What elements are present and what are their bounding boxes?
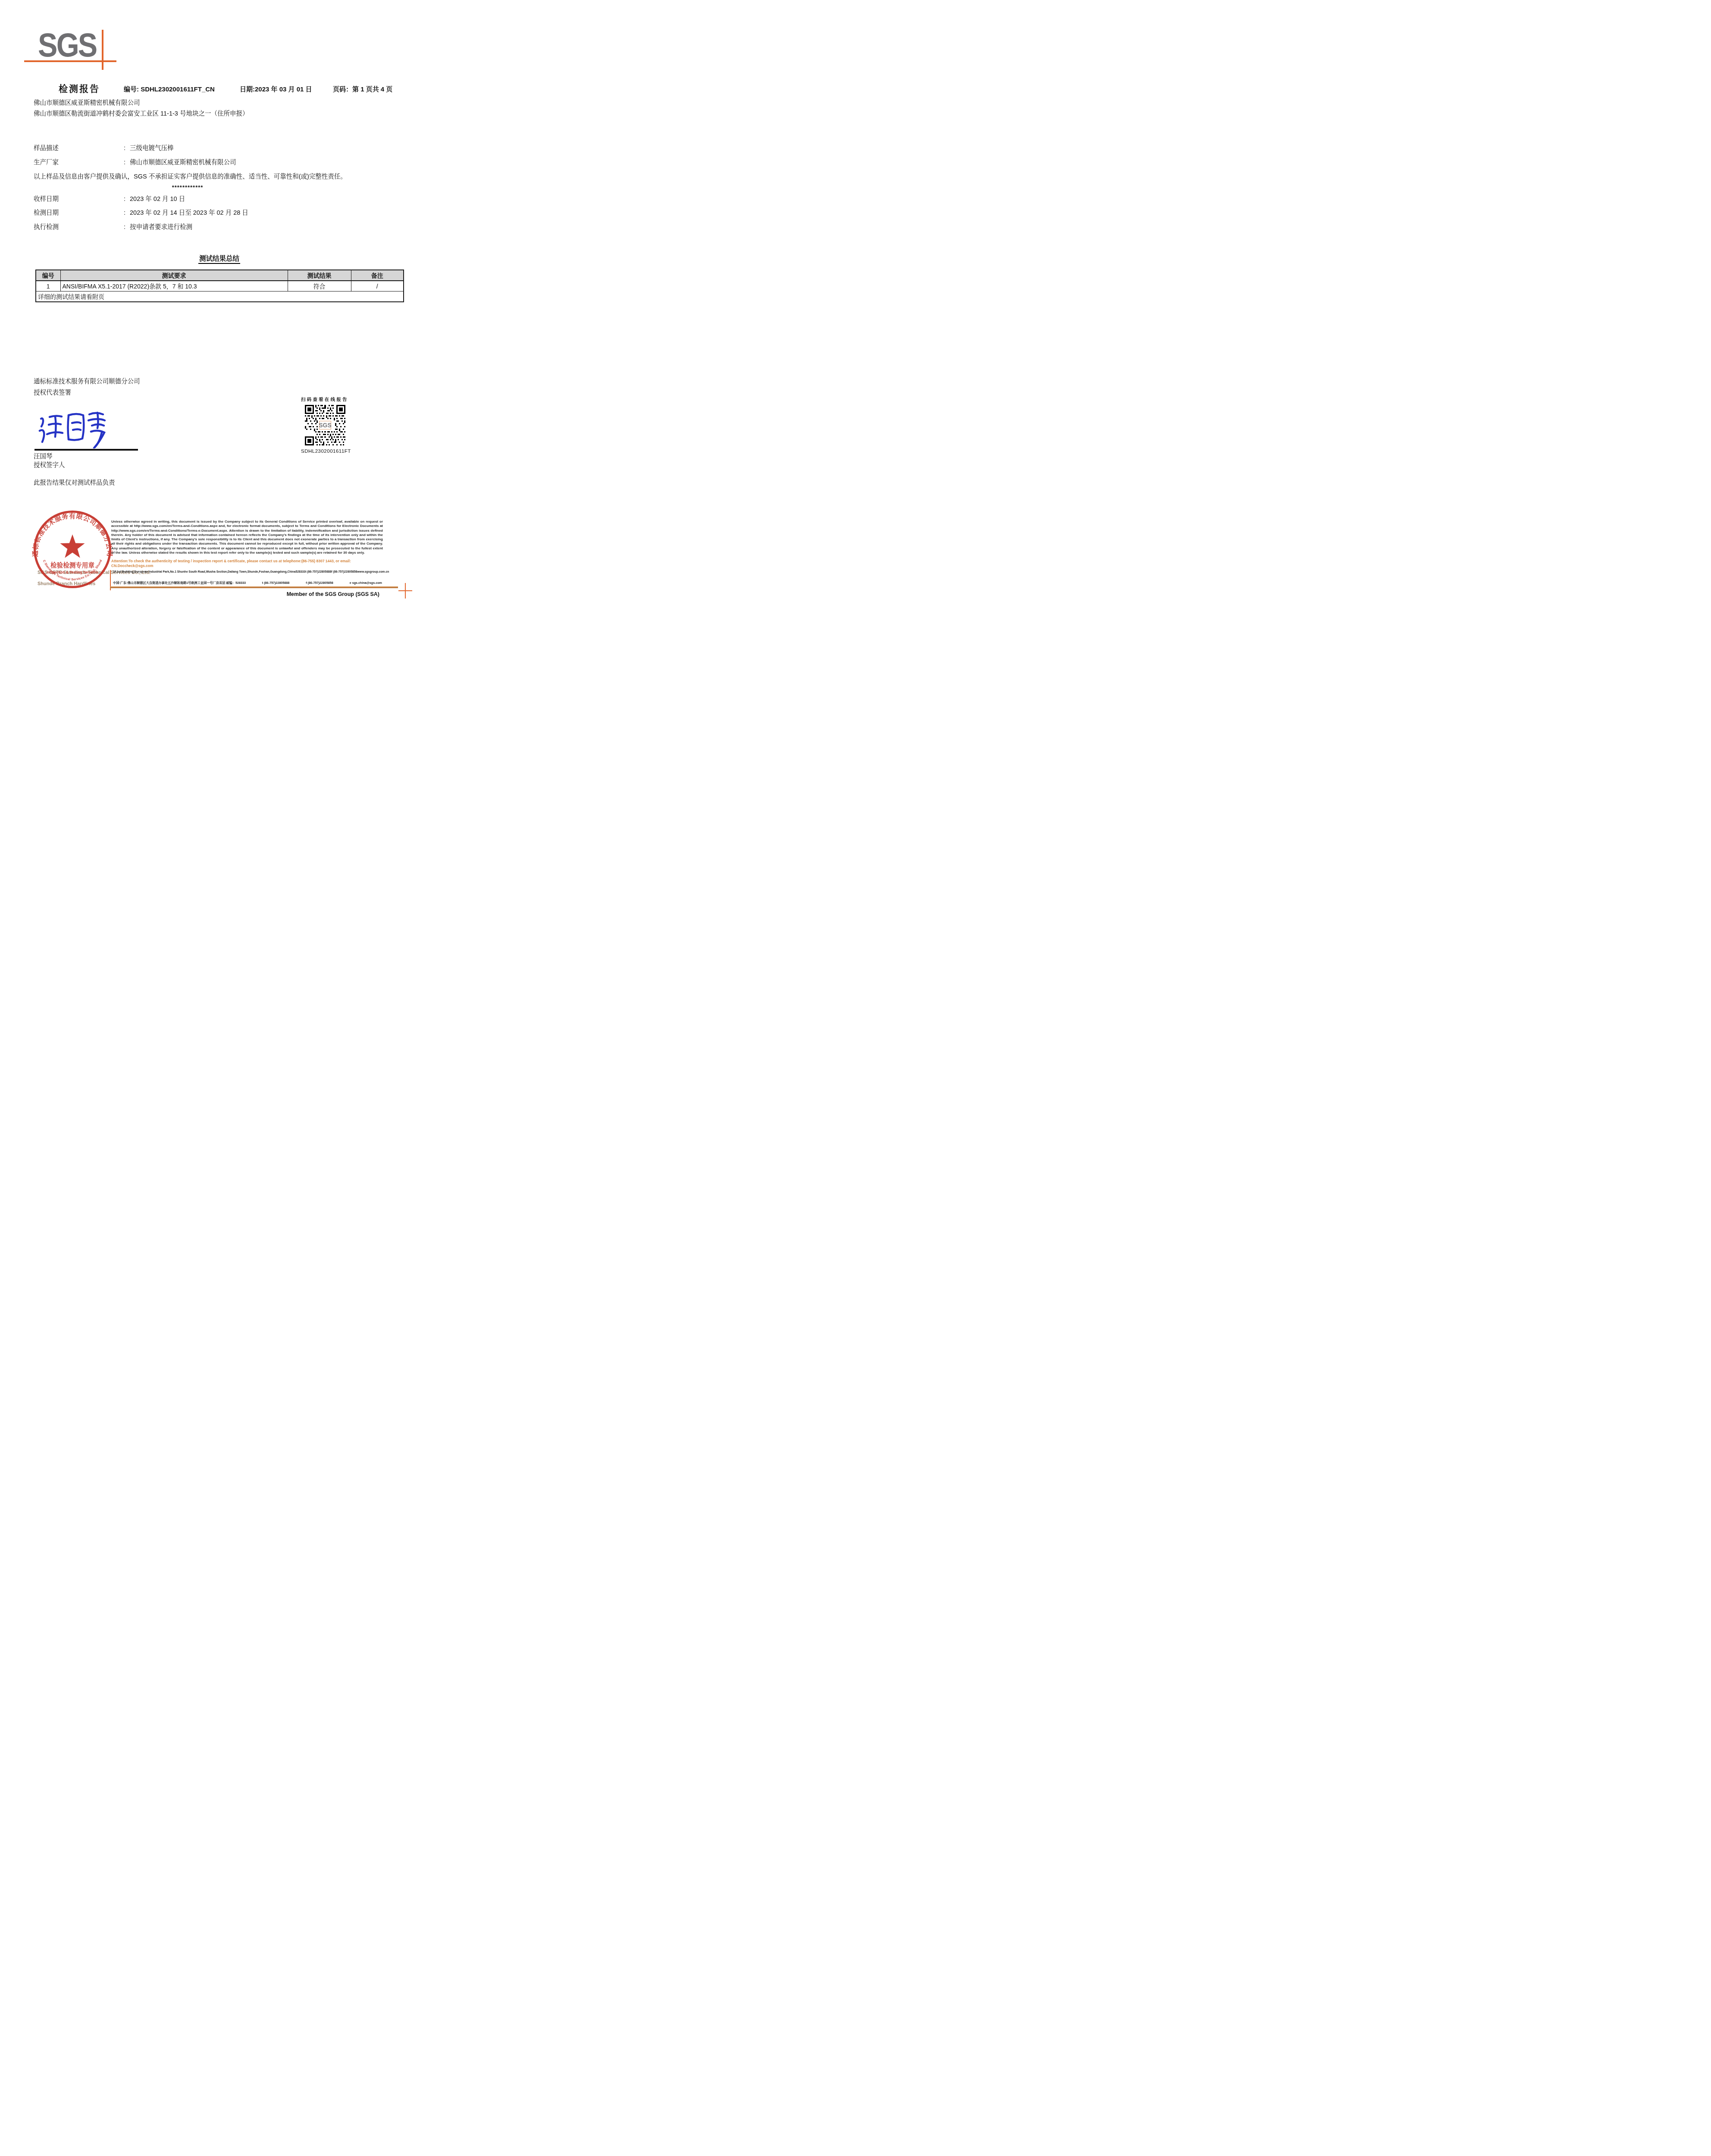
inspection-stamp: 通标标准技术服务有限公司顺德分公司 检验检测专用章 Inspection & T…: [32, 509, 113, 590]
address-en: 1F,1st Building,European Industrial Park…: [113, 570, 295, 573]
qr-center-sgs-label: SGS: [319, 422, 331, 429]
cell-no: 1: [36, 281, 60, 291]
website-url: www.sgsgroup.com.cn: [357, 570, 389, 573]
address-row-en: 1F,1st Building,European Industrial Park…: [113, 570, 382, 573]
address-row-cn: 中国·广东·佛山市顺德区大良街道办事处五沙顺和南路1号欧洲工业园一号厂房首层 邮…: [113, 581, 382, 585]
table-footnote-row: 详细的测试结果请看附页: [36, 291, 404, 302]
qr-code: SGS: [304, 404, 347, 447]
col-header-remark: 备注: [351, 270, 404, 281]
colon: :: [124, 210, 130, 216]
test-date-text: 2023 年 02 月 14 日至 2023 年 02 月 28 日: [130, 210, 248, 216]
summary-title-text: 测试结果总结: [198, 255, 240, 264]
email-address: e sgs.china@sgs.com: [350, 581, 382, 585]
col-header-requirement: 测试要求: [60, 270, 288, 281]
table-footnote: 详细的测试结果请看附页: [36, 291, 404, 302]
cell-result: 符合: [288, 281, 351, 291]
fax-number: f (86-757)22805858: [306, 581, 333, 585]
attention-note: Attention:To check the authenticity of t…: [111, 559, 383, 568]
qr-report-code: SDHL2302001611FT: [301, 449, 349, 454]
manufacturer-text: 佛山市顺德区威亚斯精密机械有限公司: [130, 159, 236, 166]
manufacturer-value: :佛山市顺德区威亚斯精密机械有限公司: [124, 157, 236, 166]
report-page: SGS 检测报告 编号: SDHL2302001611FT_CN 日期:2023…: [0, 0, 428, 605]
summary-title: 测试结果总结: [35, 254, 403, 263]
separator-stars: ************: [34, 184, 342, 191]
sample-desc-value: :三级电镀气压棒: [124, 143, 174, 152]
test-requested-text: 按申请者要求进行检测: [130, 224, 192, 231]
sgs-logo-text: SGS: [38, 29, 96, 61]
address-cn: 中国·广东·佛山市顺德区大良街道办事处五沙顺和南路1号欧洲工业园一号厂房首层 邮…: [113, 581, 246, 585]
test-date-label: 检测日期: [34, 208, 59, 217]
test-date-value: :2023 年 02 月 14 日至 2023 年 02 月 28 日: [124, 208, 248, 217]
received-date-label: 收样日期: [34, 194, 59, 203]
manufacturer-label: 生产厂家: [34, 157, 59, 166]
page-count: 页码：第 1 页共 4 页: [333, 85, 392, 94]
signature-rule: [34, 449, 138, 451]
report-number: 编号: SDHL2302001611FT_CN: [124, 85, 215, 94]
stamp-star-icon: [60, 534, 85, 558]
crop-mark-horizontal: [398, 590, 412, 591]
summary-table: 编号 测试要求 测试结果 备注 1 ANSI/BIFMA X5.1-2017 (…: [35, 269, 404, 302]
sgs-logo: SGS: [38, 29, 101, 60]
table-row: 1 ANSI/BIFMA X5.1-2017 (R2022)条款 5，7 和 1…: [36, 281, 404, 291]
stamp-center-cn: 检验检测专用章: [50, 561, 94, 569]
sample-desc-label: 样品描述: [34, 143, 59, 152]
test-requested-value: :按申请者要求进行检测: [124, 222, 192, 231]
signer-name: 汪国琴: [34, 451, 53, 461]
cell-remark: /: [351, 281, 404, 291]
authorized-signing-label: 授权代表签署: [34, 388, 71, 397]
postal-code: 528333: [295, 570, 305, 573]
report-scope-note: 此报告结果仅对测试样品负责: [34, 478, 115, 487]
cell-requirement: ANSI/BIFMA X5.1-2017 (R2022)条款 5，7 和 10.…: [60, 281, 288, 291]
colon: :: [124, 159, 130, 166]
summary-header-row: 编号 测试要求 测试结果 备注: [36, 270, 404, 281]
colon: :: [124, 196, 130, 203]
phone-number: t (86-757)22805888: [305, 570, 331, 573]
applicant-address: 佛山市顺德区勒流街道冲鹤村委会富安工业区 11-1-3 号地块之一（住所申报）: [34, 109, 248, 119]
received-date-text: 2023 年 02 月 10 日: [130, 196, 185, 203]
signature-handwriting: [37, 403, 110, 448]
colon: :: [124, 224, 130, 231]
applicant-block: 佛山市顺德区威亚斯精密机械有限公司 佛山市顺德区勒流街道冲鹤村委会富安工业区 1…: [34, 98, 248, 119]
col-header-no: 编号: [36, 270, 60, 281]
fax-number: f (86-757)22805858: [331, 570, 357, 573]
test-requested-label: 执行检测: [34, 222, 59, 231]
footer-orange-rule: [110, 586, 398, 588]
logo-vertical-rule: [102, 30, 103, 70]
col-header-result: 测试结果: [288, 270, 351, 281]
issuing-company: 通标标准技术服务有限公司顺德分公司: [34, 376, 140, 385]
received-date-value: :2023 年 02 月 10 日: [124, 194, 185, 203]
sgs-group-member-line: Member of the SGS Group (SGS SA): [280, 591, 379, 597]
signer-role: 授权签字人: [34, 460, 65, 469]
sample-disclaimer: 以上样品及信息由客户提供及确认，SGS 不承担证实客户提供信息的准确性、适当性、…: [34, 172, 404, 181]
report-date: 日期:2023 年 03 月 01 日: [240, 85, 312, 94]
legal-disclaimer: Unless otherwise agreed in writing, this…: [111, 520, 383, 555]
applicant-name: 佛山市顺德区威亚斯精密机械有限公司: [34, 98, 248, 109]
colon: :: [124, 145, 130, 152]
phone-number: t (86-757)22805888: [262, 581, 290, 585]
page-title: 检测报告: [59, 82, 100, 95]
sample-desc-text: 三级电镀气压棒: [130, 145, 174, 152]
qr-scan-label: 扫码查看在线报告: [301, 396, 348, 403]
